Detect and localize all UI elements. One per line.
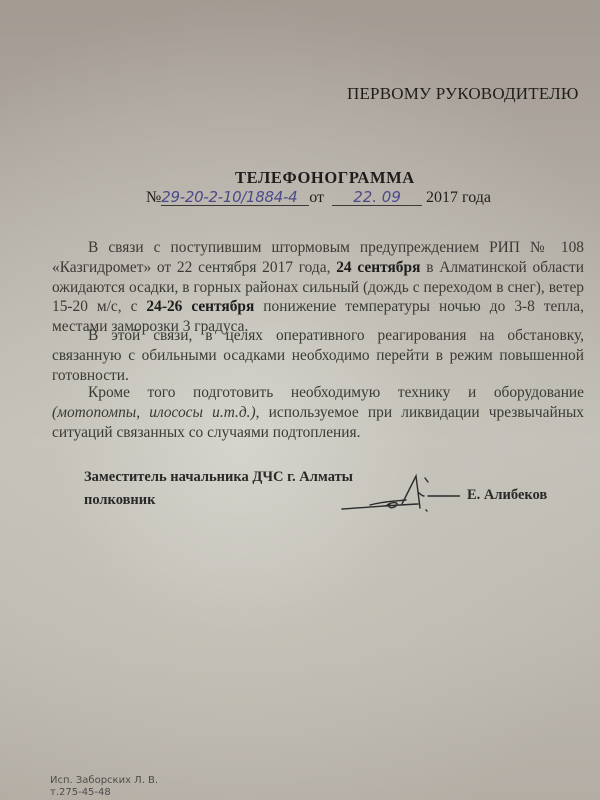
emphasis-italic: (мотопомпы, илососы и.т.д.) (52, 404, 256, 421)
text-segment: В этой связи, в целях оперативного реаги… (52, 327, 584, 384)
number-prefix: № (146, 189, 161, 206)
paragraph-2: В этой связи, в целях оперативного реаги… (52, 326, 584, 385)
executor-phone: т.275-45-48 (50, 787, 158, 799)
document-title: ТЕЛЕФОНОГРАММА (235, 168, 415, 188)
emphasis-bold: 24 сентября (336, 259, 420, 276)
executor-info: Исп. Заборских Л. В. т.275-45-48 (50, 775, 158, 799)
year-suffix: 2017 года (426, 189, 491, 206)
document-number-line: №29-20-2-10/1884-4от 22. 09 2017 года (146, 189, 491, 207)
handwritten-number: 29-20-2-10/1884-4 (161, 189, 309, 206)
addressee: ПЕРВОМУ РУКОВОДИТЕЛЮ (347, 84, 579, 104)
signature-icon (340, 468, 460, 518)
paragraph-3: Кроме того подготовить необходимую техни… (52, 383, 584, 442)
signatory-position: Заместитель начальника ДЧС г. Алматы пол… (84, 466, 353, 512)
signatory-rank: полковник (84, 489, 353, 512)
paragraph-text: Кроме того подготовить необходимую техни… (52, 383, 584, 442)
handwritten-date: 22. 09 (332, 189, 422, 206)
date-prefix: от (309, 189, 324, 206)
emphasis-bold: 24-26 сентября (146, 298, 254, 315)
paragraph-text: В этой связи, в целях оперативного реаги… (52, 326, 584, 385)
signatory-name: Е. Алибеков (467, 487, 547, 504)
executor-name: Исп. Заборских Л. В. (50, 775, 158, 787)
paragraph-text: В связи с поступившим штормовым предупре… (52, 238, 584, 337)
paragraph-1: В связи с поступившим штормовым предупре… (52, 238, 584, 337)
text-segment: Кроме того подготовить необходимую техни… (88, 384, 584, 401)
signatory-position-line1: Заместитель начальника ДЧС г. Алматы (84, 466, 353, 489)
